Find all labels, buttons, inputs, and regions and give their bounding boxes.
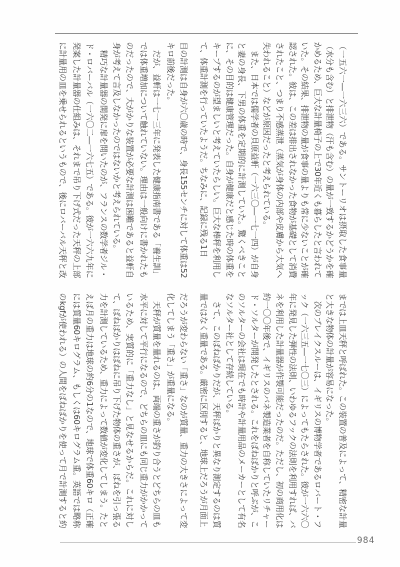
text-block-page1-lower: 目の計測は自身が六〇歳の時で、身長155センチに対して体重は52キロ前後だった。… [55, 42, 190, 278]
footer-rule [60, 542, 356, 543]
text-block-page1-upper: （一五六一―一六三六）である。サントーリオは摂取した食事量（水分も含む）と排泄物… [196, 42, 348, 278]
paragraph: だろうが変わらない「重さ」なのが質量、重力の大きさによって変化してしまう「重さ」… [163, 293, 190, 528]
page-number: 984 [357, 536, 387, 546]
paragraph: （一五六一―一六三六）である。サントーリオは摂取した食事量（水分も含む）と排泄物… [260, 42, 348, 278]
rotated-text-sheet: （一五六一―一六三六）である。サントーリオは摂取した食事量（水分も含む）と排泄物… [0, 0, 400, 567]
paragraph: だが、益軒は一七一三年に発表した健康指南書である「養生訓」では体重増加について触… [110, 42, 164, 278]
paragraph: さて、このばねばかりだが、天秤ばかりと異なり測定するのは質量ではなく重量である。… [197, 293, 222, 528]
paragraph: また、日本では儒学者の貝原益軒（一六三〇―一七一四）が自身と妻の身長、下男の体重… [197, 42, 260, 278]
paragraph: 次のブレイクスルーは、イギリスの博物学者であるロバート・フック（一六三五―一七〇… [222, 293, 323, 528]
paragraph: までは上皿天秤と呼ばれた。この装置の普及によって、精密な計量と大きな物体の計量が… [323, 293, 348, 528]
scanned-book-page: （一五六一―一六三六）である。サントーリオは摂取した食事量（水分も含む）と排泄物… [0, 0, 400, 567]
text-block-page2-lower: だろうが変わらない「重さ」なのが質量、重力の大きさによって変化してしまう「重さ」… [55, 293, 190, 528]
paragraph: 精巧な計量器の開発に扉を開いたのが、フランスの数学者ジル・ド・ロバーバル（一六〇… [55, 42, 110, 278]
paragraph: 天秤が質量を量れるのは、両端の重さが釣り合うとどちらの皿も水平に対して平行になる… [55, 293, 163, 528]
paragraph: 目の計測は自身が六〇歳の時で、身長155センチに対して体重は52キロ前後だった。 [163, 42, 190, 278]
text-block-page2-upper: までは上皿天秤と呼ばれた。この装置の普及によって、精密な計量と大きな物体の計量が… [196, 293, 348, 528]
